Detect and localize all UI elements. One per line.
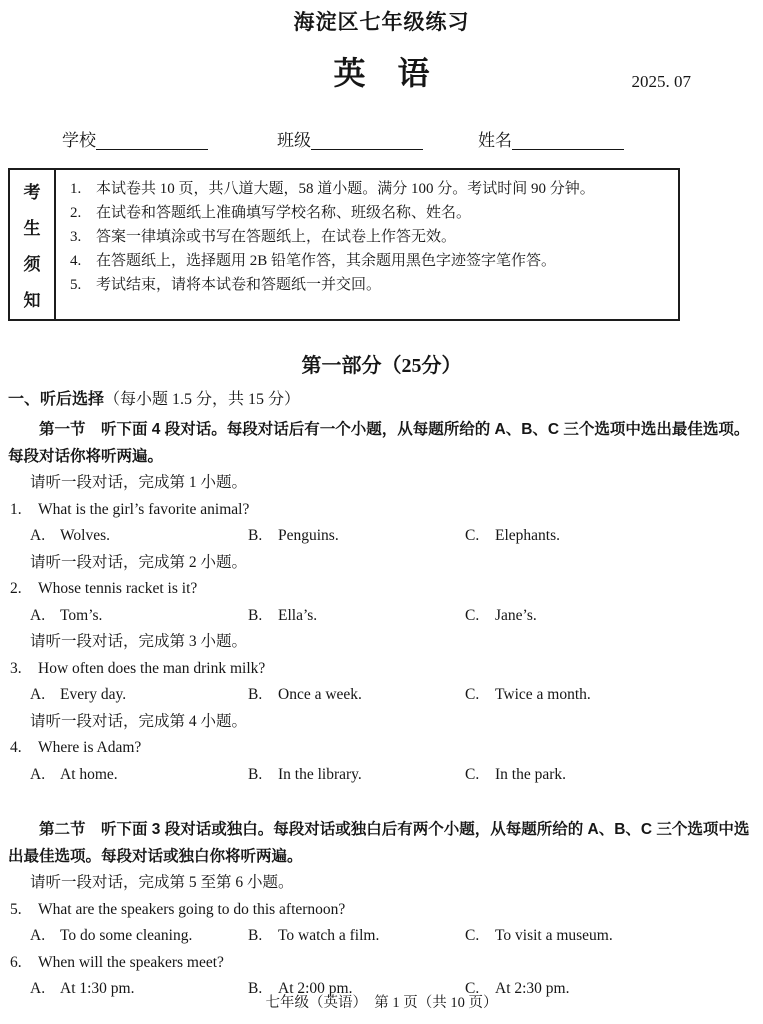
notice-item: 5. 考试结束，请将本试卷和答题纸一并交回。 [70,275,668,295]
option-a-label: A. [30,523,50,550]
notice-side-label: 考 生 须 知 [10,170,56,319]
option-a: A.Every day. [30,682,248,709]
notice-item: 4. 在答题纸上，选择题用 2B 铅笔作答，其余题用黑色字迹签字笔作答。 [70,251,668,271]
option-c-label: C. [465,762,485,789]
class-field-underline [311,131,423,150]
subject-row: 英 语 2025. 07 [0,48,763,96]
listening-section2: 请听一段对话，完成第 5 至第 6 小题。 5. What are the sp… [0,870,763,1003]
notice-item-number: 3. [70,227,96,247]
question-line: 4. Where is Adam? [10,735,763,762]
option-b: B.To watch a film. [248,923,465,950]
exam-date: 2025. 07 [632,72,692,92]
notice-side-char: 生 [24,214,41,239]
option-c: C.To visit a museum. [465,923,763,950]
option-a-text: To do some cleaning. [60,923,192,950]
question-text: When will the speakers meet? [38,950,224,977]
option-b-label: B. [248,762,268,789]
notice-item: 2. 在试卷和答题纸上准确填写学校名称、班级名称、姓名。 [70,203,668,223]
node1-intro: 第一节 听下面 4 段对话。每段对话后有一个小题，从每题所给的 A、B、C 三个… [8,416,753,470]
question-text: Where is Adam? [38,735,141,762]
option-a-text: Tom’s. [60,603,102,630]
notice-item-text: 在答题纸上，选择题用 2B 铅笔作答，其余题用黑色字迹签字笔作答。 [96,251,556,271]
notice-side-char: 考 [24,178,41,203]
option-c-label: C. [465,682,485,709]
section1-heading: 一、听后选择（每小题 1.5 分，共 15 分） [8,388,763,412]
option-b-text: In the library. [278,762,362,789]
fill-in-row: 学校 班级 姓名 [0,126,763,152]
notice-box: 考 生 须 知 1. 本试卷共 10 页，共八道大题，58 道小题。满分 100… [8,168,680,321]
option-b-label: B. [248,682,268,709]
option-a-label: A. [30,682,50,709]
question-text: Whose tennis racket is it? [38,576,197,603]
question-number: 3. [10,656,38,683]
school-field-label: 学校 [62,131,96,150]
class-field-label: 班级 [277,131,311,150]
option-a-text: Every day. [60,682,126,709]
question-line: 5. What are the speakers going to do thi… [10,897,763,924]
question-number: 1. [10,497,38,524]
option-c-text: To visit a museum. [495,923,613,950]
option-row: A.Wolves. B.Penguins. C.Elephants. [30,523,763,550]
notice-item: 1. 本试卷共 10 页，共八道大题，58 道小题。满分 100 分。考试时间 … [70,179,668,199]
school-field-underline [96,131,208,150]
question-text: What is the girl’s favorite animal? [38,497,249,524]
question-line: 3. How often does the man drink milk? [10,656,763,683]
option-c-text: Elephants. [495,523,560,550]
option-row: A.Every day. B.Once a week. C.Twice a mo… [30,682,763,709]
exam-title: 海淀区七年级练习 [0,0,763,36]
option-a-label: A. [30,762,50,789]
notice-item-number: 5. [70,275,96,295]
notice-item-text: 本试卷共 10 页，共八道大题，58 道小题。满分 100 分。考试时间 90 … [96,179,595,199]
listening-prompt: 请听一段对话，完成第 3 小题。 [30,629,763,656]
name-field-label: 姓名 [478,131,512,150]
notice-body: 1. 本试卷共 10 页，共八道大题，58 道小题。满分 100 分。考试时间 … [56,170,678,319]
listening-section1: 请听一段对话，完成第 1 小题。 1. What is the girl’s f… [0,470,763,788]
name-field-underline [512,131,624,150]
option-a-label: A. [30,603,50,630]
option-c-text: Jane’s. [495,603,537,630]
option-b: B.Once a week. [248,682,465,709]
listening-prompt: 请听一段对话，完成第 1 小题。 [30,470,763,497]
option-c: C.Twice a month. [465,682,763,709]
question-line: 1. What is the girl’s favorite animal? [10,497,763,524]
school-field: 学校 [62,126,208,151]
exam-paper-page: 海淀区七年级练习 英 语 2025. 07 学校 班级 姓名 考 生 须 知 1… [0,0,763,1024]
option-c-text: In the park. [495,762,566,789]
page-footer: 七年级（英语） 第 1 页（共 10 页） [0,991,763,1012]
notice-item-number: 2. [70,203,96,223]
option-row: A.At home. B.In the library. C.In the pa… [30,762,763,789]
listening-prompt: 请听一段对话，完成第 4 小题。 [30,709,763,736]
name-field: 姓名 [478,126,624,151]
notice-side-char: 知 [24,286,41,311]
option-row: A.Tom’s. B.Ella’s. C.Jane’s. [30,603,763,630]
option-c-label: C. [465,523,485,550]
question-line: 2. Whose tennis racket is it? [10,576,763,603]
option-a-text: At home. [60,762,118,789]
listening-prompt: 请听一段对话，完成第 5 至第 6 小题。 [30,870,763,897]
section1-heading-title: 一、听后选择 [8,391,104,408]
option-a-text: Wolves. [60,523,110,550]
option-b: B.Ella’s. [248,603,465,630]
notice-item-text: 在试卷和答题纸上准确填写学校名称、班级名称、姓名。 [96,203,471,223]
option-a: A.To do some cleaning. [30,923,248,950]
class-field: 班级 [277,126,423,151]
section-gap [0,788,763,812]
option-b-label: B. [248,523,268,550]
option-c-text: Twice a month. [495,682,591,709]
option-b-text: To watch a film. [278,923,379,950]
node2-intro: 第二节 听下面 3 段对话或独白。每段对话或独白后有两个小题，从每题所给的 A、… [8,816,753,870]
option-c-label: C. [465,923,485,950]
listening-prompt: 请听一段对话，完成第 2 小题。 [30,550,763,577]
option-b-text: Once a week. [278,682,362,709]
option-b: B.In the library. [248,762,465,789]
notice-item-text: 答案一律填涂或书写在答题纸上，在试卷上作答无效。 [96,227,456,247]
question-number: 5. [10,897,38,924]
question-number: 2. [10,576,38,603]
notice-item-number: 4. [70,251,96,271]
section1-heading-score: （每小题 1.5 分，共 15 分） [104,391,300,408]
option-a: A.Wolves. [30,523,248,550]
question-number: 6. [10,950,38,977]
option-b-label: B. [248,603,268,630]
option-c: C.Jane’s. [465,603,763,630]
part1-title: 第一部分（25分） [0,349,763,378]
option-a-label: A. [30,923,50,950]
option-b: B.Penguins. [248,523,465,550]
option-b-label: B. [248,923,268,950]
option-c: C.In the park. [465,762,763,789]
option-b-text: Ella’s. [278,603,317,630]
notice-item: 3. 答案一律填涂或书写在答题纸上，在试卷上作答无效。 [70,227,668,247]
question-line: 6. When will the speakers meet? [10,950,763,977]
option-c: C.Elephants. [465,523,763,550]
question-text: How often does the man drink milk? [38,656,265,683]
question-number: 4. [10,735,38,762]
notice-item-number: 1. [70,179,96,199]
option-c-label: C. [465,603,485,630]
option-row: A.To do some cleaning. B.To watch a film… [30,923,763,950]
option-a: A.Tom’s. [30,603,248,630]
notice-side-char: 须 [24,250,41,275]
option-a: A.At home. [30,762,248,789]
question-text: What are the speakers going to do this a… [38,897,345,924]
notice-item-text: 考试结束，请将本试卷和答题纸一并交回。 [96,275,381,295]
option-b-text: Penguins. [278,523,339,550]
